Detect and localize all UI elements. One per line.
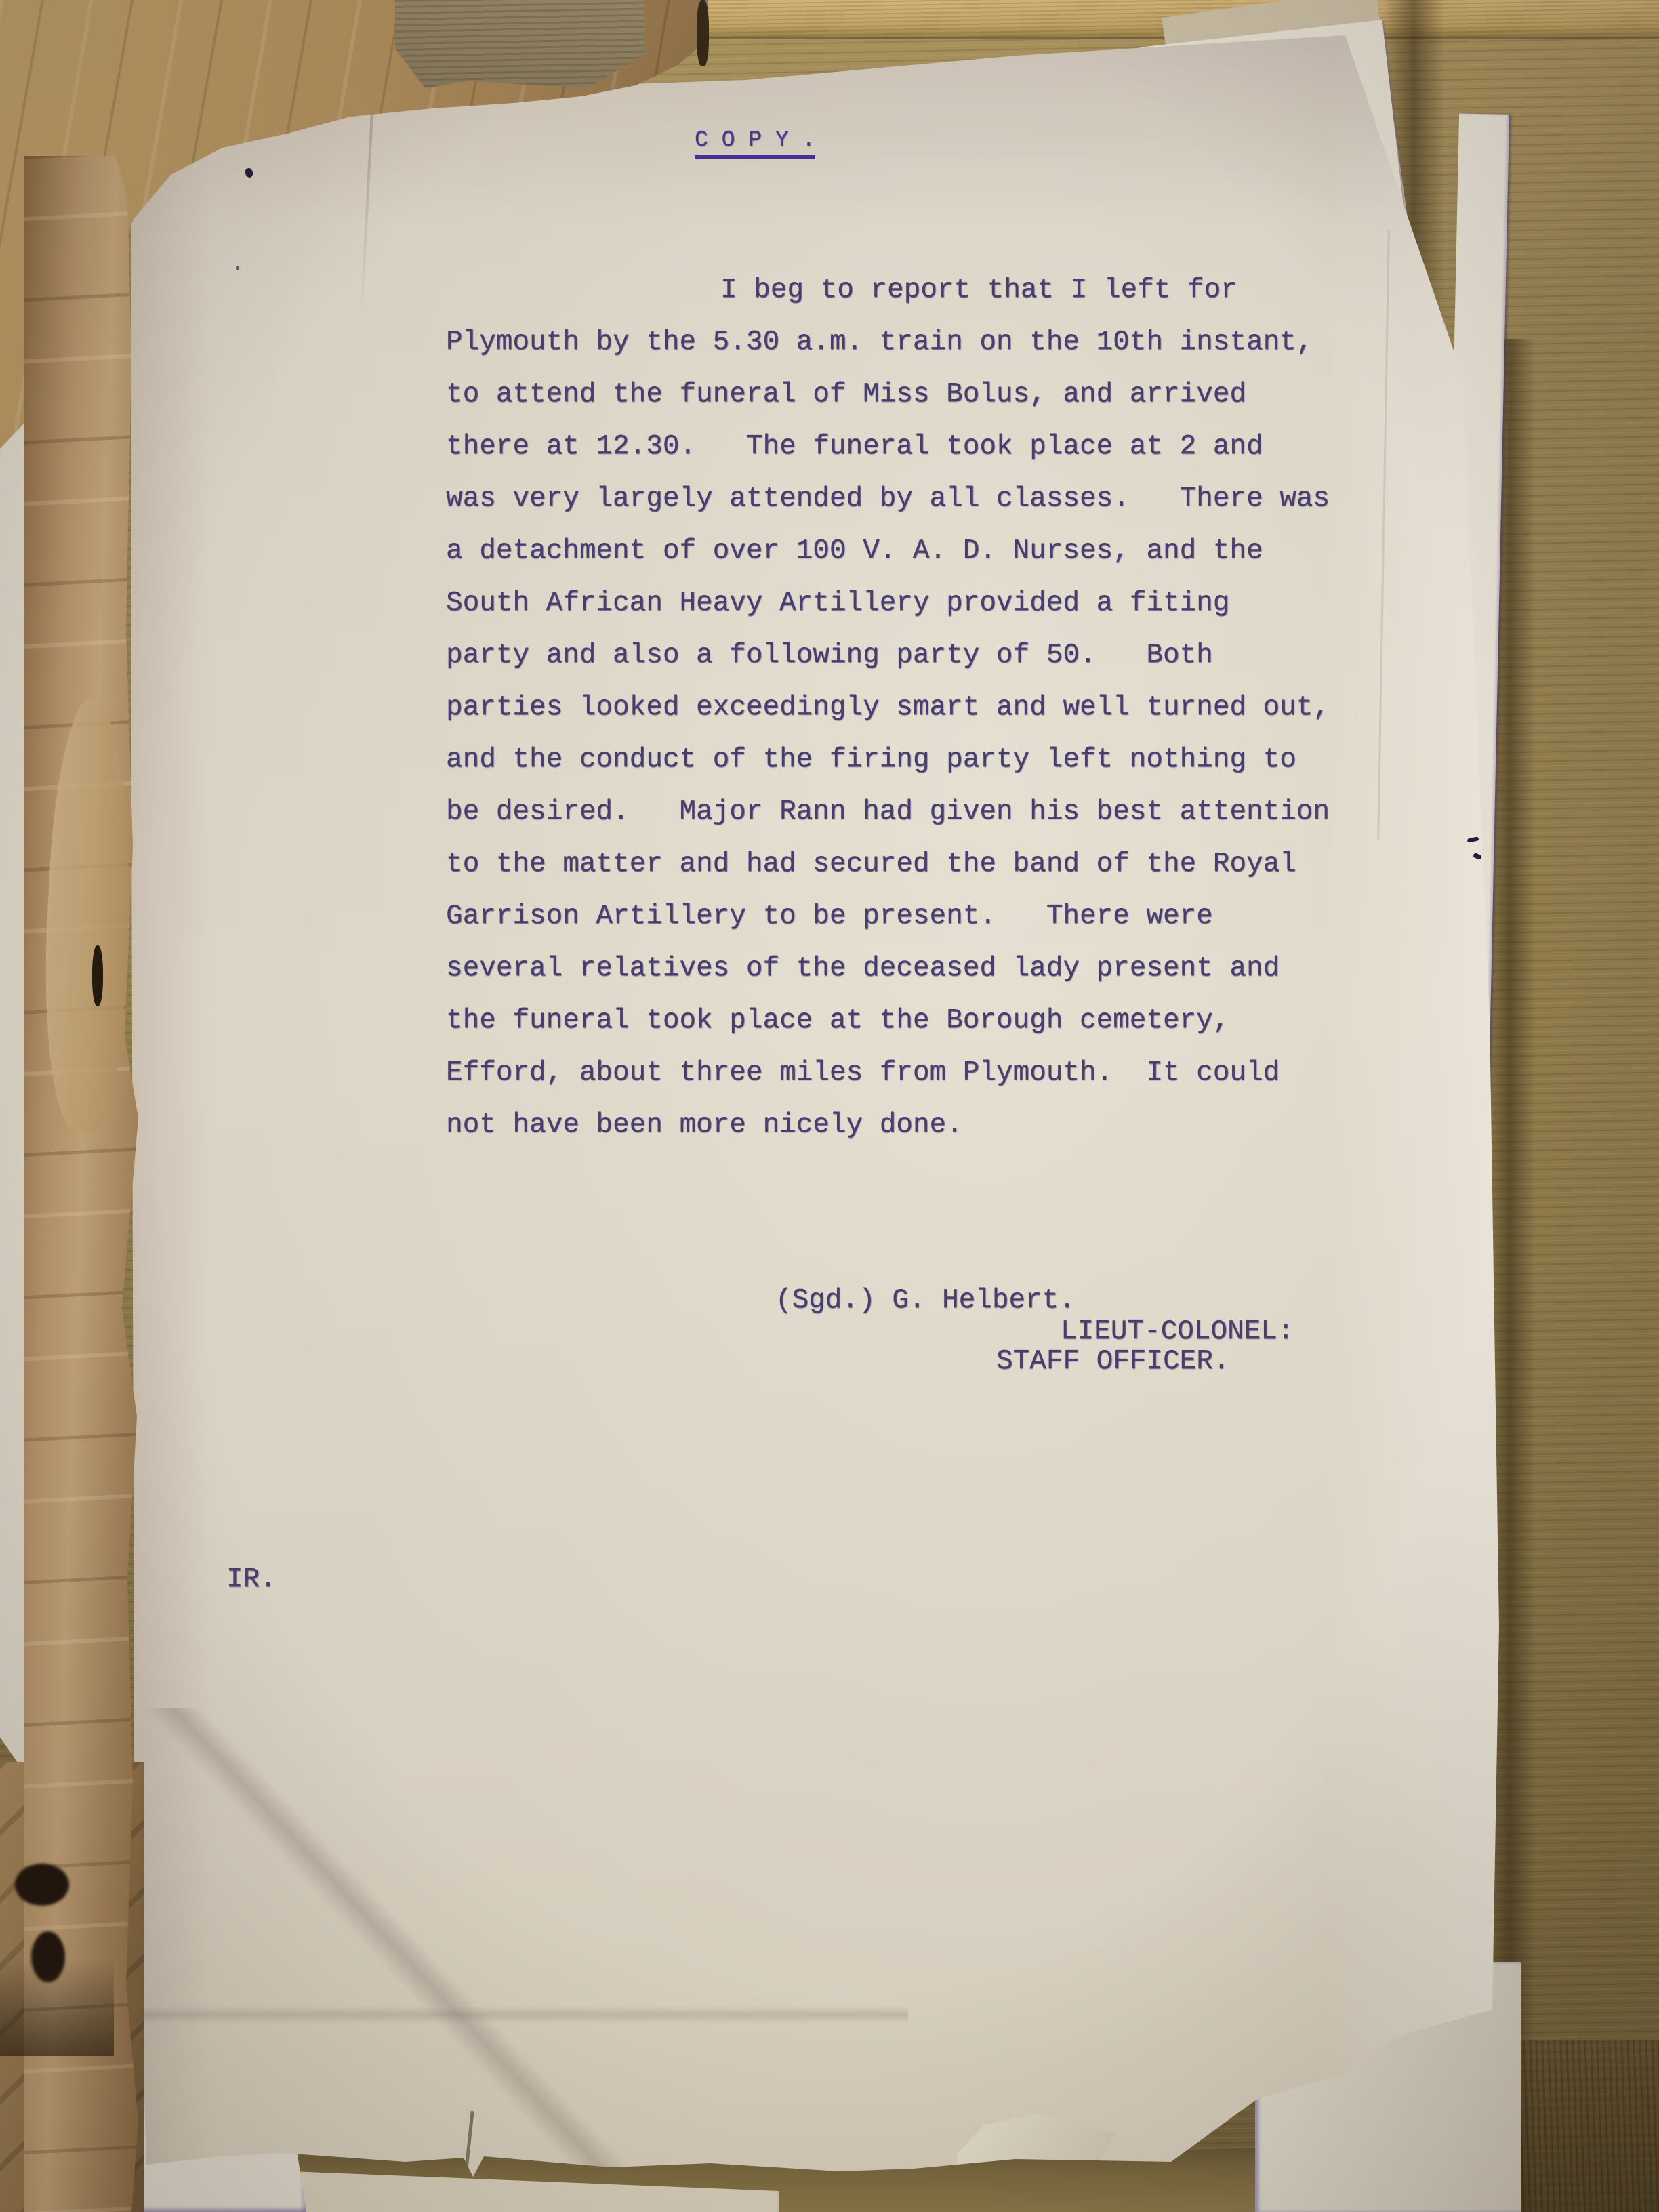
- typed-line: Plymouth by the 5.30 a.m. train on the 1…: [446, 316, 1476, 369]
- typed-line: several relatives of the deceased lady p…: [446, 943, 1476, 995]
- ink-blot: [244, 167, 255, 178]
- typed-line: party and also a following party of 50. …: [446, 630, 1476, 682]
- crease-line: [129, 2006, 908, 2024]
- typed-line: be desired. Major Rann had given his bes…: [446, 786, 1476, 838]
- typed-line: a detachment of over 100 V. A. D. Nurses…: [446, 525, 1476, 577]
- typed-line: parties looked exceedingly smart and wel…: [446, 682, 1476, 734]
- typed-line: to the matter and had secured the band o…: [446, 838, 1476, 890]
- wood-gap-through-folder: [395, 0, 644, 88]
- annotation-initials: IR.: [226, 1564, 276, 1595]
- crease-line: [129, 1708, 657, 2182]
- typed-line: I beg to report that I left for: [446, 264, 1476, 316]
- ink-blot: [236, 266, 239, 270]
- typed-line: Efford, about three miles from Plymouth.…: [446, 1047, 1476, 1099]
- signature-signed: (Sgd.) G. Helbert.: [775, 1285, 1076, 1316]
- document-title-text: C O P Y .: [695, 127, 815, 159]
- typed-line: was very largely attended by all classes…: [446, 473, 1476, 525]
- paper-tear: [464, 2111, 474, 2171]
- folder-torn-hole: [15, 1864, 69, 1906]
- typed-line: there at 12.30. The funeral took place a…: [446, 421, 1476, 473]
- document-title: C O P Y .: [695, 127, 815, 159]
- typed-line: not have been more nicely done.: [446, 1099, 1476, 1151]
- typed-line: the funeral took place at the Borough ce…: [446, 995, 1476, 1047]
- folder-shadow: [0, 1959, 114, 2056]
- photo-canvas: C O P Y . I beg to report that I left fo…: [0, 0, 1659, 2212]
- typed-line: and the conduct of the firing party left…: [446, 734, 1476, 786]
- signature-rank: LIEUT-COLONEL:: [1061, 1316, 1294, 1347]
- crease-line: [360, 88, 375, 319]
- typed-line: Garrison Artillery to be present. There …: [446, 890, 1476, 943]
- typed-line: to attend the funeral of Miss Bolus, and…: [446, 369, 1476, 421]
- document-body: I beg to report that I left forPlymouth …: [446, 264, 1476, 1151]
- document-page: C O P Y . I beg to report that I left fo…: [129, 27, 1504, 2212]
- folder-tear-slit: [697, 0, 709, 66]
- typed-line: South African Heavy Artillery provided a…: [446, 577, 1476, 630]
- signature-role: STAFF OFFICER.: [996, 1346, 1229, 1377]
- folder-tear-slit: [92, 945, 103, 1006]
